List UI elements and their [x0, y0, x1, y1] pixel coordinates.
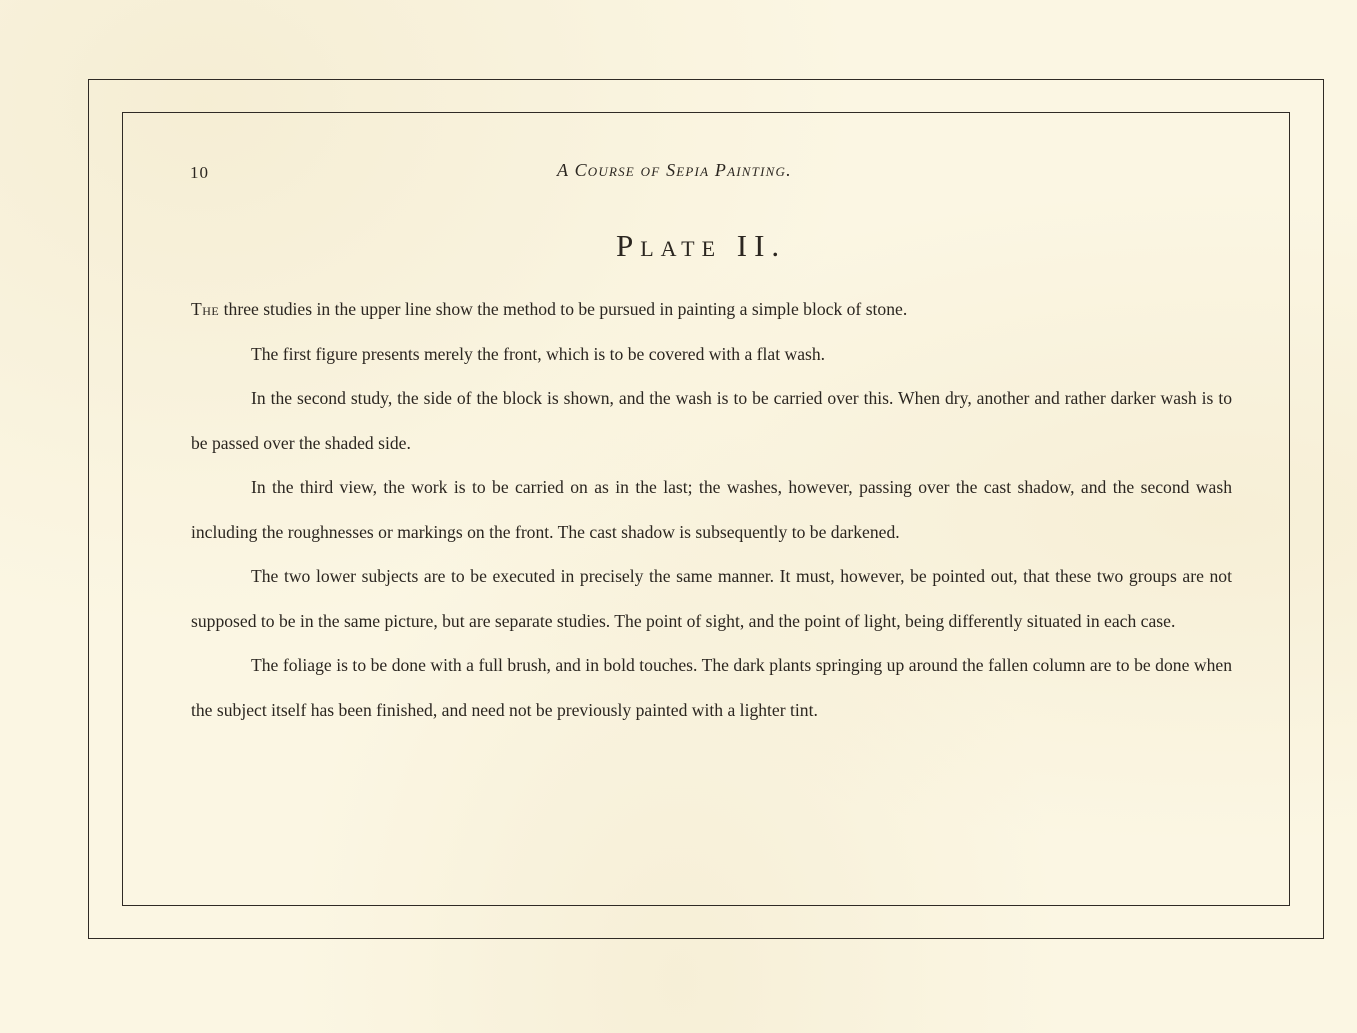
- paragraph-1-lead: The: [191, 299, 219, 319]
- paragraph-6: The foliage is to be done with a full br…: [191, 643, 1232, 732]
- paragraph-4: In the third view, the work is to be car…: [191, 465, 1232, 554]
- running-head: A Course of Sepia Painting.: [557, 160, 792, 181]
- paragraph-2: The first figure presents merely the fro…: [191, 332, 1232, 377]
- page-number: 10: [190, 163, 209, 183]
- paragraph-1: The three studies in the upper line show…: [191, 287, 1232, 332]
- paragraph-3: In the second study, the side of the blo…: [191, 376, 1232, 465]
- plate-title: Plate II.: [616, 228, 786, 264]
- paragraph-5: The two lower subjects are to be execute…: [191, 554, 1232, 643]
- body-text: The three studies in the upper line show…: [191, 287, 1232, 732]
- paragraph-1-text: three studies in the upper line show the…: [219, 299, 907, 319]
